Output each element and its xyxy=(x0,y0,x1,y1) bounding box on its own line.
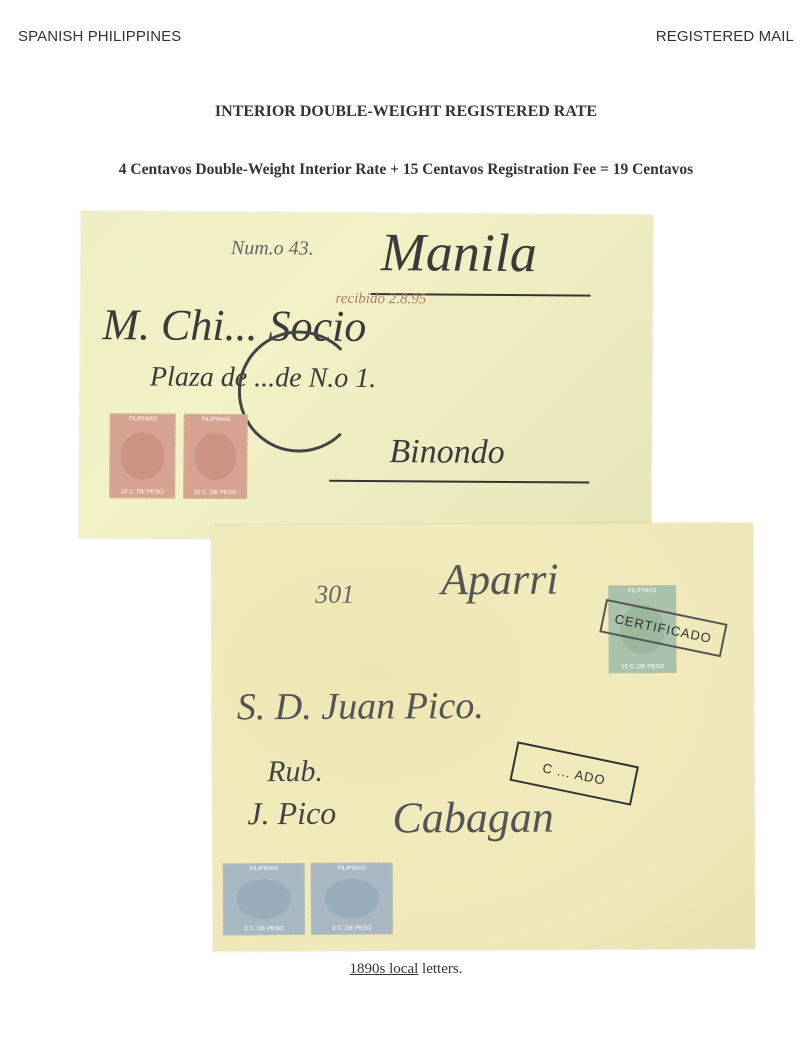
rate-subtitle: 4 Centavos Double-Weight Interior Rate +… xyxy=(0,161,812,179)
stamp-2c-2: FILIPINAS 2 C. DE PESO xyxy=(311,862,393,934)
cover-aparri-image: 301 Aparri S. D. Juan Pico. Rub. J. Pico… xyxy=(211,523,755,952)
note-rub-text: Rub. xyxy=(267,755,323,789)
stamp-country: FILIPINAS xyxy=(338,866,366,872)
stamp-country: FILIPINAS xyxy=(202,417,230,423)
caption-underlined: 1890s local xyxy=(350,961,419,977)
stamp-value: 2 C. DE PESO xyxy=(244,926,283,932)
district-underline xyxy=(329,480,589,484)
stamp-10c-1: FILIPINAS 10 C. DE PESO xyxy=(109,413,176,498)
destination-text: Manila xyxy=(381,221,537,284)
circular-postmark xyxy=(237,330,360,453)
portrait-icon xyxy=(324,879,379,919)
district-text: Binondo xyxy=(389,433,504,472)
stamp-2c-1: FILIPINAS 2 C. DE PESO xyxy=(223,863,305,935)
stamp-country: FILIPINAS xyxy=(250,866,278,872)
page-title: INTERIOR DOUBLE-WEIGHT REGISTERED RATE xyxy=(0,103,812,121)
stamp-country: FILIPINAS xyxy=(628,588,656,594)
stamp-10c-2: FILIPINAS 10 C. DE PESO xyxy=(183,414,248,499)
portrait-icon xyxy=(121,432,165,480)
destination-text: Cabagan xyxy=(392,792,554,844)
stamp-value: 15 C. DE PESO xyxy=(621,664,664,670)
note-pico-text: J. Pico xyxy=(247,795,336,832)
header-left-label: SPANISH PHILIPPINES xyxy=(18,28,181,45)
stamp-value: 10 C. DE PESO xyxy=(194,490,237,496)
cover-number-text: 301 xyxy=(315,580,354,610)
addressee-text: S. D. Juan Pico. xyxy=(237,684,484,729)
caption-rest: letters. xyxy=(418,961,462,977)
cover-number-text: Num.o 43. xyxy=(231,237,314,261)
stamp-country: FILIPINAS xyxy=(129,416,157,422)
portrait-icon xyxy=(194,433,236,481)
stamp-value: 2 C. DE PESO xyxy=(332,926,371,932)
portrait-icon xyxy=(236,879,291,919)
header-right-label: REGISTERED MAIL xyxy=(656,28,794,45)
caption: 1890s local letters. xyxy=(0,961,812,978)
stamp-value: 10 C. DE PESO xyxy=(121,489,164,495)
cover-manila-image: Num.o 43. Manila recibido 2.8.95 M. Chi.… xyxy=(79,211,653,542)
origin-text: Aparri xyxy=(441,554,559,606)
